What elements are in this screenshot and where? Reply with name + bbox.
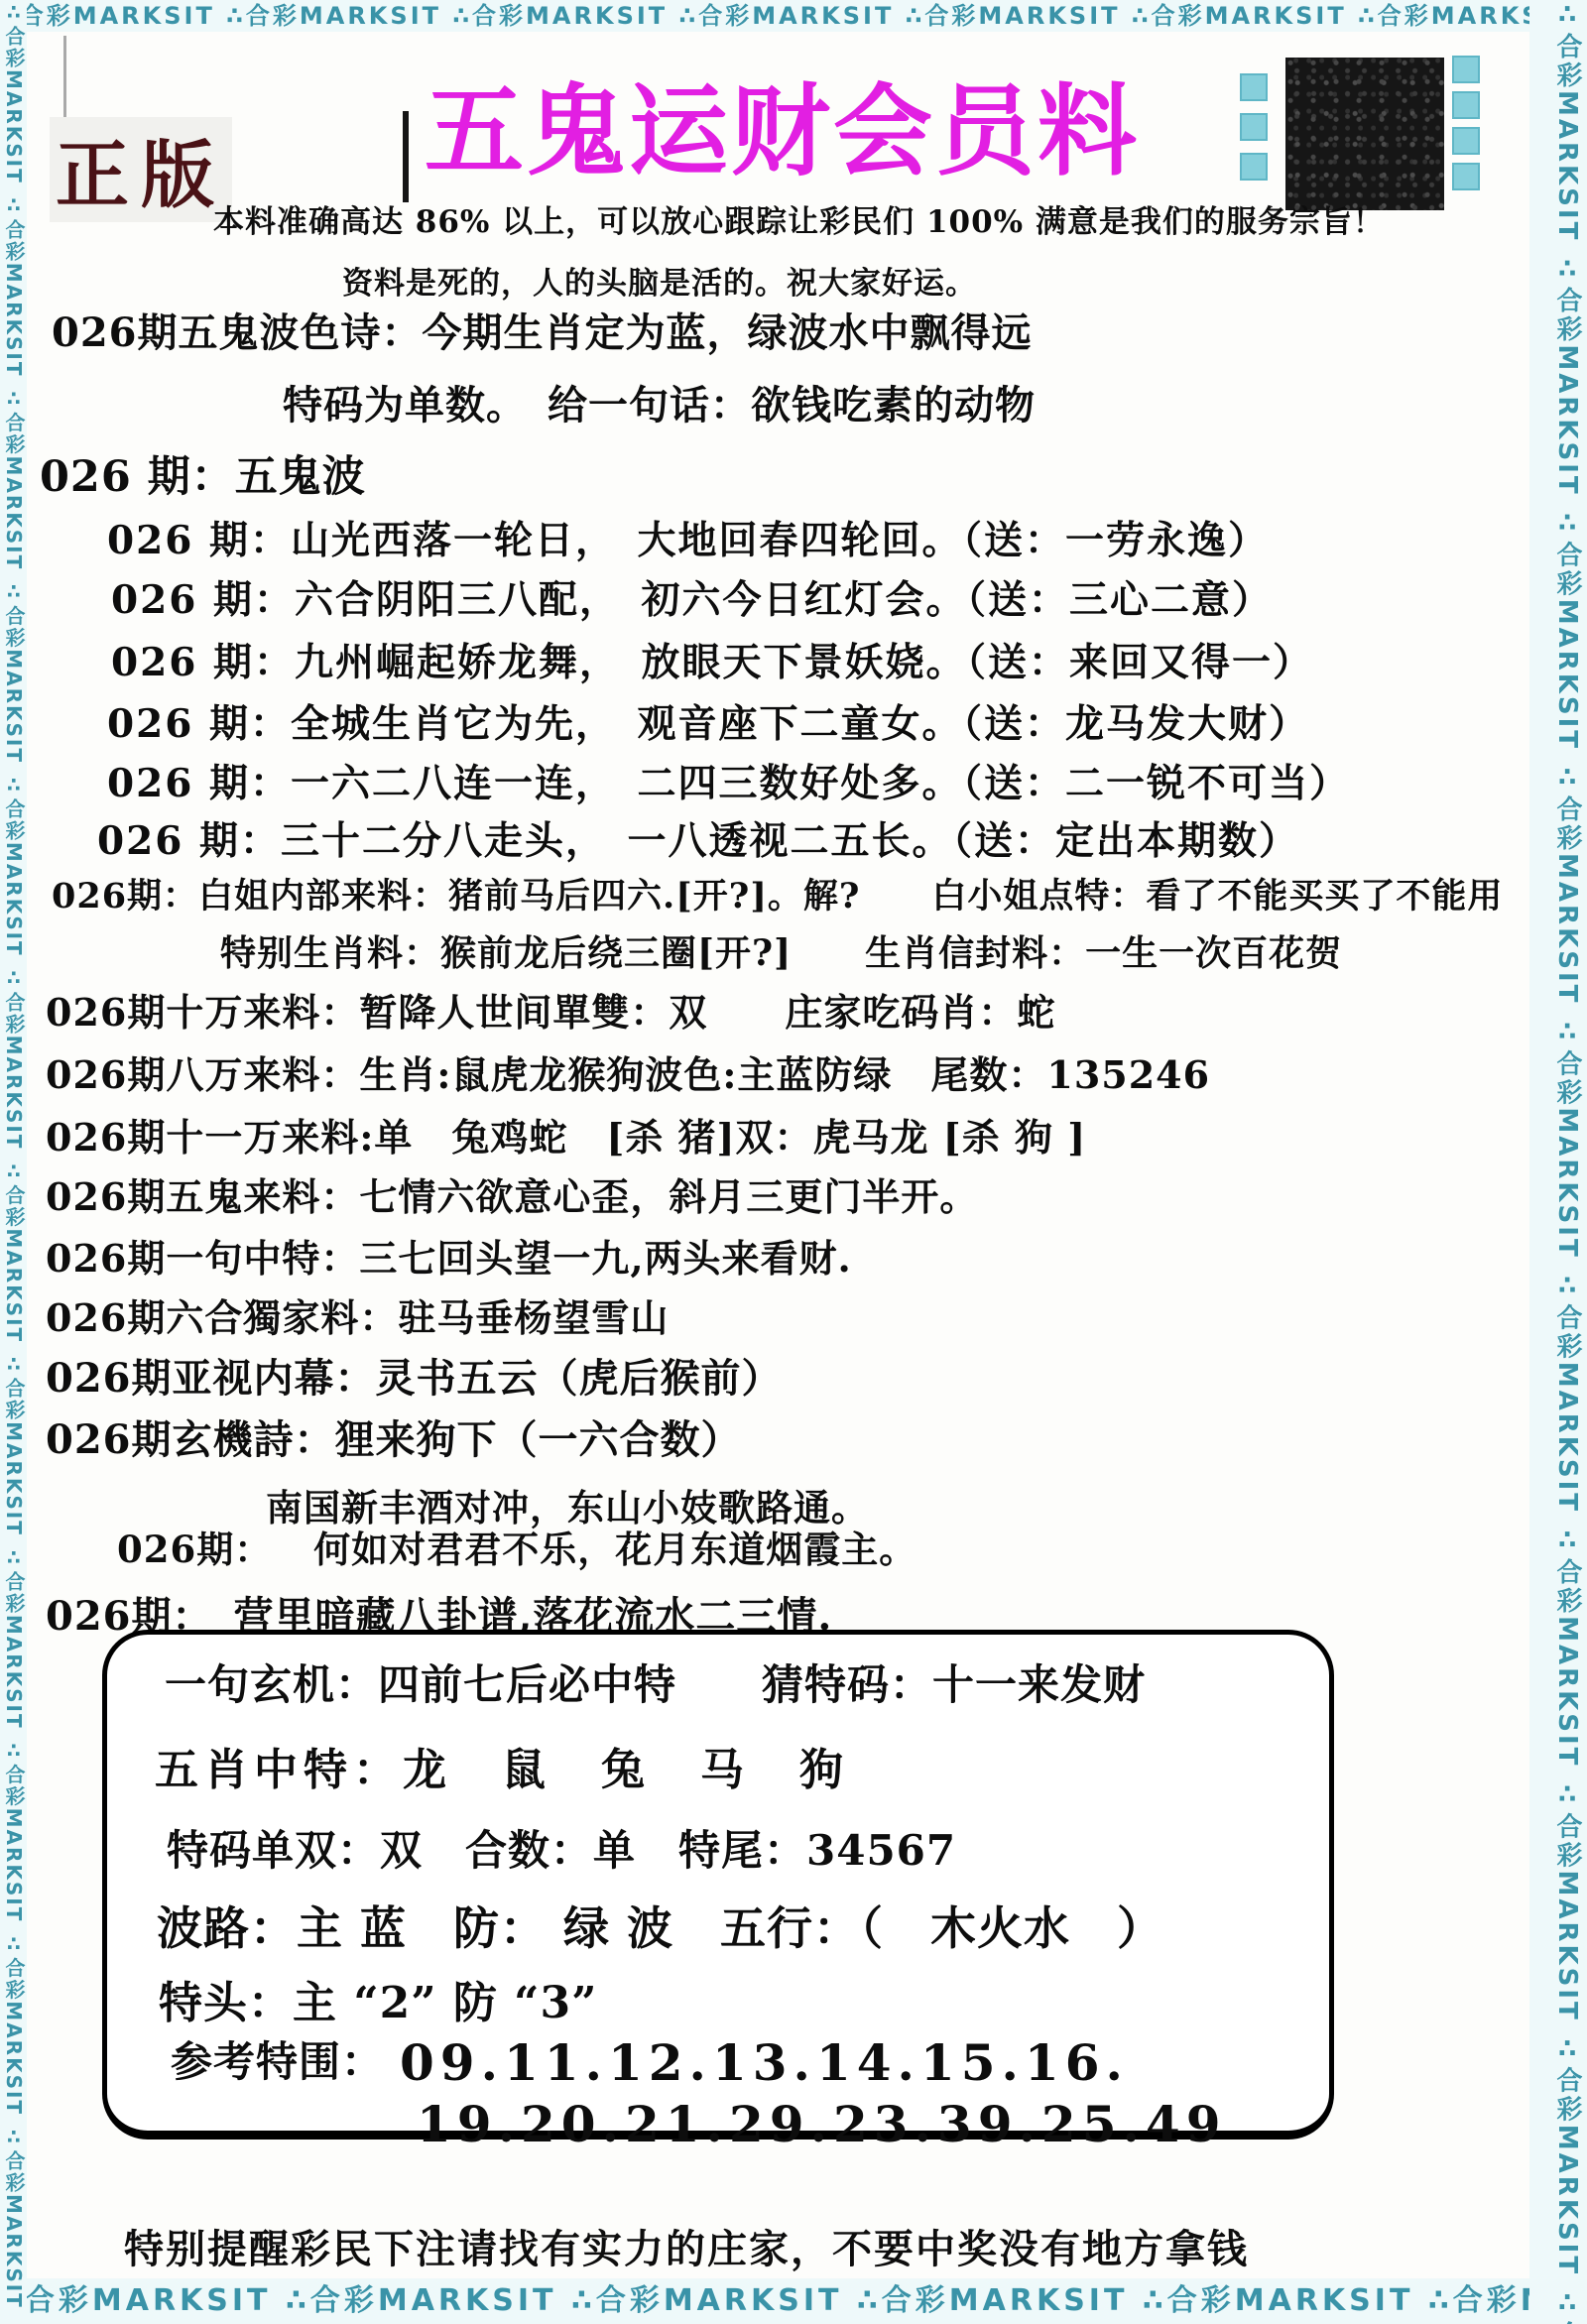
goodluck-tagline: 资料是死的，人的头脑是活的。祝大家好运。 [342,258,977,303]
tip-line: 026期玄機詩：狸来狗下（一六合数） [46,1408,742,1465]
prediction-summary-box: 一句玄机：四前七后必中特 猜特码：十一来发财 五肖中特：龙 鼠 兔 马 狗 特码… [102,1630,1334,2140]
tip-line: 026期五鬼来料：七情六欲意心歪，斜月三更门半开。 [46,1166,978,1221]
verse-row: 026 期：一六二八连一连， 二四三数好处多。（送：二一锐不可当） [107,753,1350,808]
series-heading: 026 期：五鬼波 [40,443,366,504]
stamp-glyph-icon [1452,127,1480,155]
stamp-side-glyphs-right [1452,56,1480,190]
stamp-glyph-icon [1240,153,1268,181]
page-title: 五鬼运财会员料 [425,52,1140,194]
tip-line: 026期亚视内幕：灵书五云（虎后猴前） [46,1347,783,1404]
stamp-glyph-icon [1452,163,1480,190]
verse-label: 026 期： [107,701,291,747]
verse-text: 九州崛起娇龙舞， 放眼天下景妖娆。（送：来回又得一） [295,640,1313,685]
accuracy-tagline: 本料准确高达 86% 以上，可以放心跟踪让彩民们 100% 满意是我们的服务宗旨… [213,196,1385,241]
verse-text: 六合阴阳三八配， 初六今日红灯会。（送：三心二意） [295,577,1273,623]
border-pattern-top: ∴合彩MARKSIT ∴合彩MARKSIT ∴合彩MARKSIT ∴合彩MARK… [0,0,1587,32]
box-mystery-line: 一句玄机：四前七后必中特 猜特码：十一来发财 [165,1652,1146,1712]
couplet-line2: 026期：何如对君君不乐，花月东道烟霞主。 [117,1520,916,1573]
verse-label: 026 期： [107,518,291,563]
box-head-line: 特头：主 “2” 防 “3” [159,1967,597,2030]
verse-row: 026 期：全城生肖它为先， 观音座下二童女。（送：龙马发大财） [107,693,1309,749]
tip-line: 026期十万来料：暂降人世间單雙：双 庄家吃码肖：蛇 [46,982,1055,1037]
verse-label: 026 期： [111,640,295,685]
tip-line: 特别生肖料：猴前龙后绕三圈[开?] 生肖信封料：一生一次百花贺 [220,925,1342,976]
verse-row: 026 期：九州崛起娇龙舞， 放眼天下景妖娆。（送：来回又得一） [111,632,1313,687]
genuine-badge: 正版 [50,117,232,222]
tip-line: 026期一句中特：三七回头望一九,两头来看财. [46,1228,852,1283]
couplet-text: 何如对君君不乐，花月东道烟霞主。 [313,1528,916,1571]
verse-text: 全城生肖它为先， 观音座下二童女。（送：龙马发大财） [291,701,1309,747]
box-range-label: 参考特围： [171,2029,384,2089]
wave-poem-line1: 026期五鬼波色诗：今期生肖定为蓝，绿波水中飘得远 [52,302,1033,358]
stamp-glyph-icon [1452,56,1480,83]
box-range-numbers-2: 19.20.21.29.23.39.25.49 [417,2095,1227,2153]
lottery-tip-sheet: ∴合彩MARKSIT ∴合彩MARKSIT ∴合彩MARKSIT ∴合彩MARK… [0,0,1587,2324]
tip-line: 026期：白姐内部来料：猪前马后四六.[开?]。解? 白小姐点特：看了不能买买了… [52,869,1503,918]
verse-row: 026 期：山光西落一轮日， 大地回春四轮回。（送：一劳永逸） [107,510,1269,565]
box-wave-line: 波路：主 蓝 防： 绿 波 五行：（ 木火水 ） [157,1893,1163,1958]
title-divider-bar [403,111,409,202]
tip-line: 026期八万来料：生肖:鼠虎龙猴狗波色:主蓝防绿 尾数：135246 [46,1044,1210,1099]
verse-text: 三十二分八走头， 一八透视二五长。（送：定出本期数） [281,818,1299,864]
border-pattern-right: ∴合彩MARKSIT ∴合彩MARKSIT ∴合彩MARKSIT ∴合彩MARK… [1529,0,1587,2324]
stamp-glyph-icon [1452,91,1480,119]
border-pattern-bottom: ∴合彩MARKSIT ∴合彩MARKSIT ∴合彩MARKSIT ∴合彩MARK… [0,2278,1587,2324]
wave-poem-line2: 特码为单数。 给一句话：欲钱吃素的动物 [283,374,1036,430]
tip-line: 026期十一万来料:单 兔鸡蛇 [杀 猪]双：虎马龙 [杀 狗 ] [46,1107,1086,1162]
verse-label: 026 期： [107,761,291,806]
box-parity-line: 特码单双：双 合数：单 特尾：34567 [167,1818,956,1878]
verse-row: 026 期：六合阴阳三八配， 初六今日红灯会。（送：三心二意） [111,569,1273,625]
stamp-glyph-icon [1240,113,1268,141]
tip-line: 026期六合獨家料：驻马垂杨望雪山 [46,1287,669,1342]
blacked-out-stamp [1285,58,1444,210]
footer-reminder: 特别提醒彩民下注请找有实力的庄家，不要中奖没有地方拿钱 [124,2218,1249,2274]
box-five-zodiac-line: 五肖中特：龙 鼠 兔 马 狗 [155,1734,849,1797]
verse-text: 一六二八连一连， 二四三数好处多。（送：二一锐不可当） [291,761,1350,806]
verse-text: 山光西落一轮日， 大地回春四轮回。（送：一劳永逸） [291,518,1269,563]
stamp-glyph-icon [1240,73,1268,101]
verse-label: 026 期： [97,818,281,864]
couplet-label: 026期： [117,1528,272,1571]
verse-row: 026 期：三十二分八走头， 一八透视二五长。（送：定出本期数） [97,810,1299,866]
border-pattern-left: ∴合彩MARKSIT ∴合彩MARKSIT ∴合彩MARKSIT ∴合彩MARK… [0,0,27,2324]
stamp-side-glyphs-left [1240,73,1268,181]
verse-label: 026 期： [111,577,295,623]
box-range-numbers-1: 09.11.12.13.14.15.16. [400,2033,1129,2092]
